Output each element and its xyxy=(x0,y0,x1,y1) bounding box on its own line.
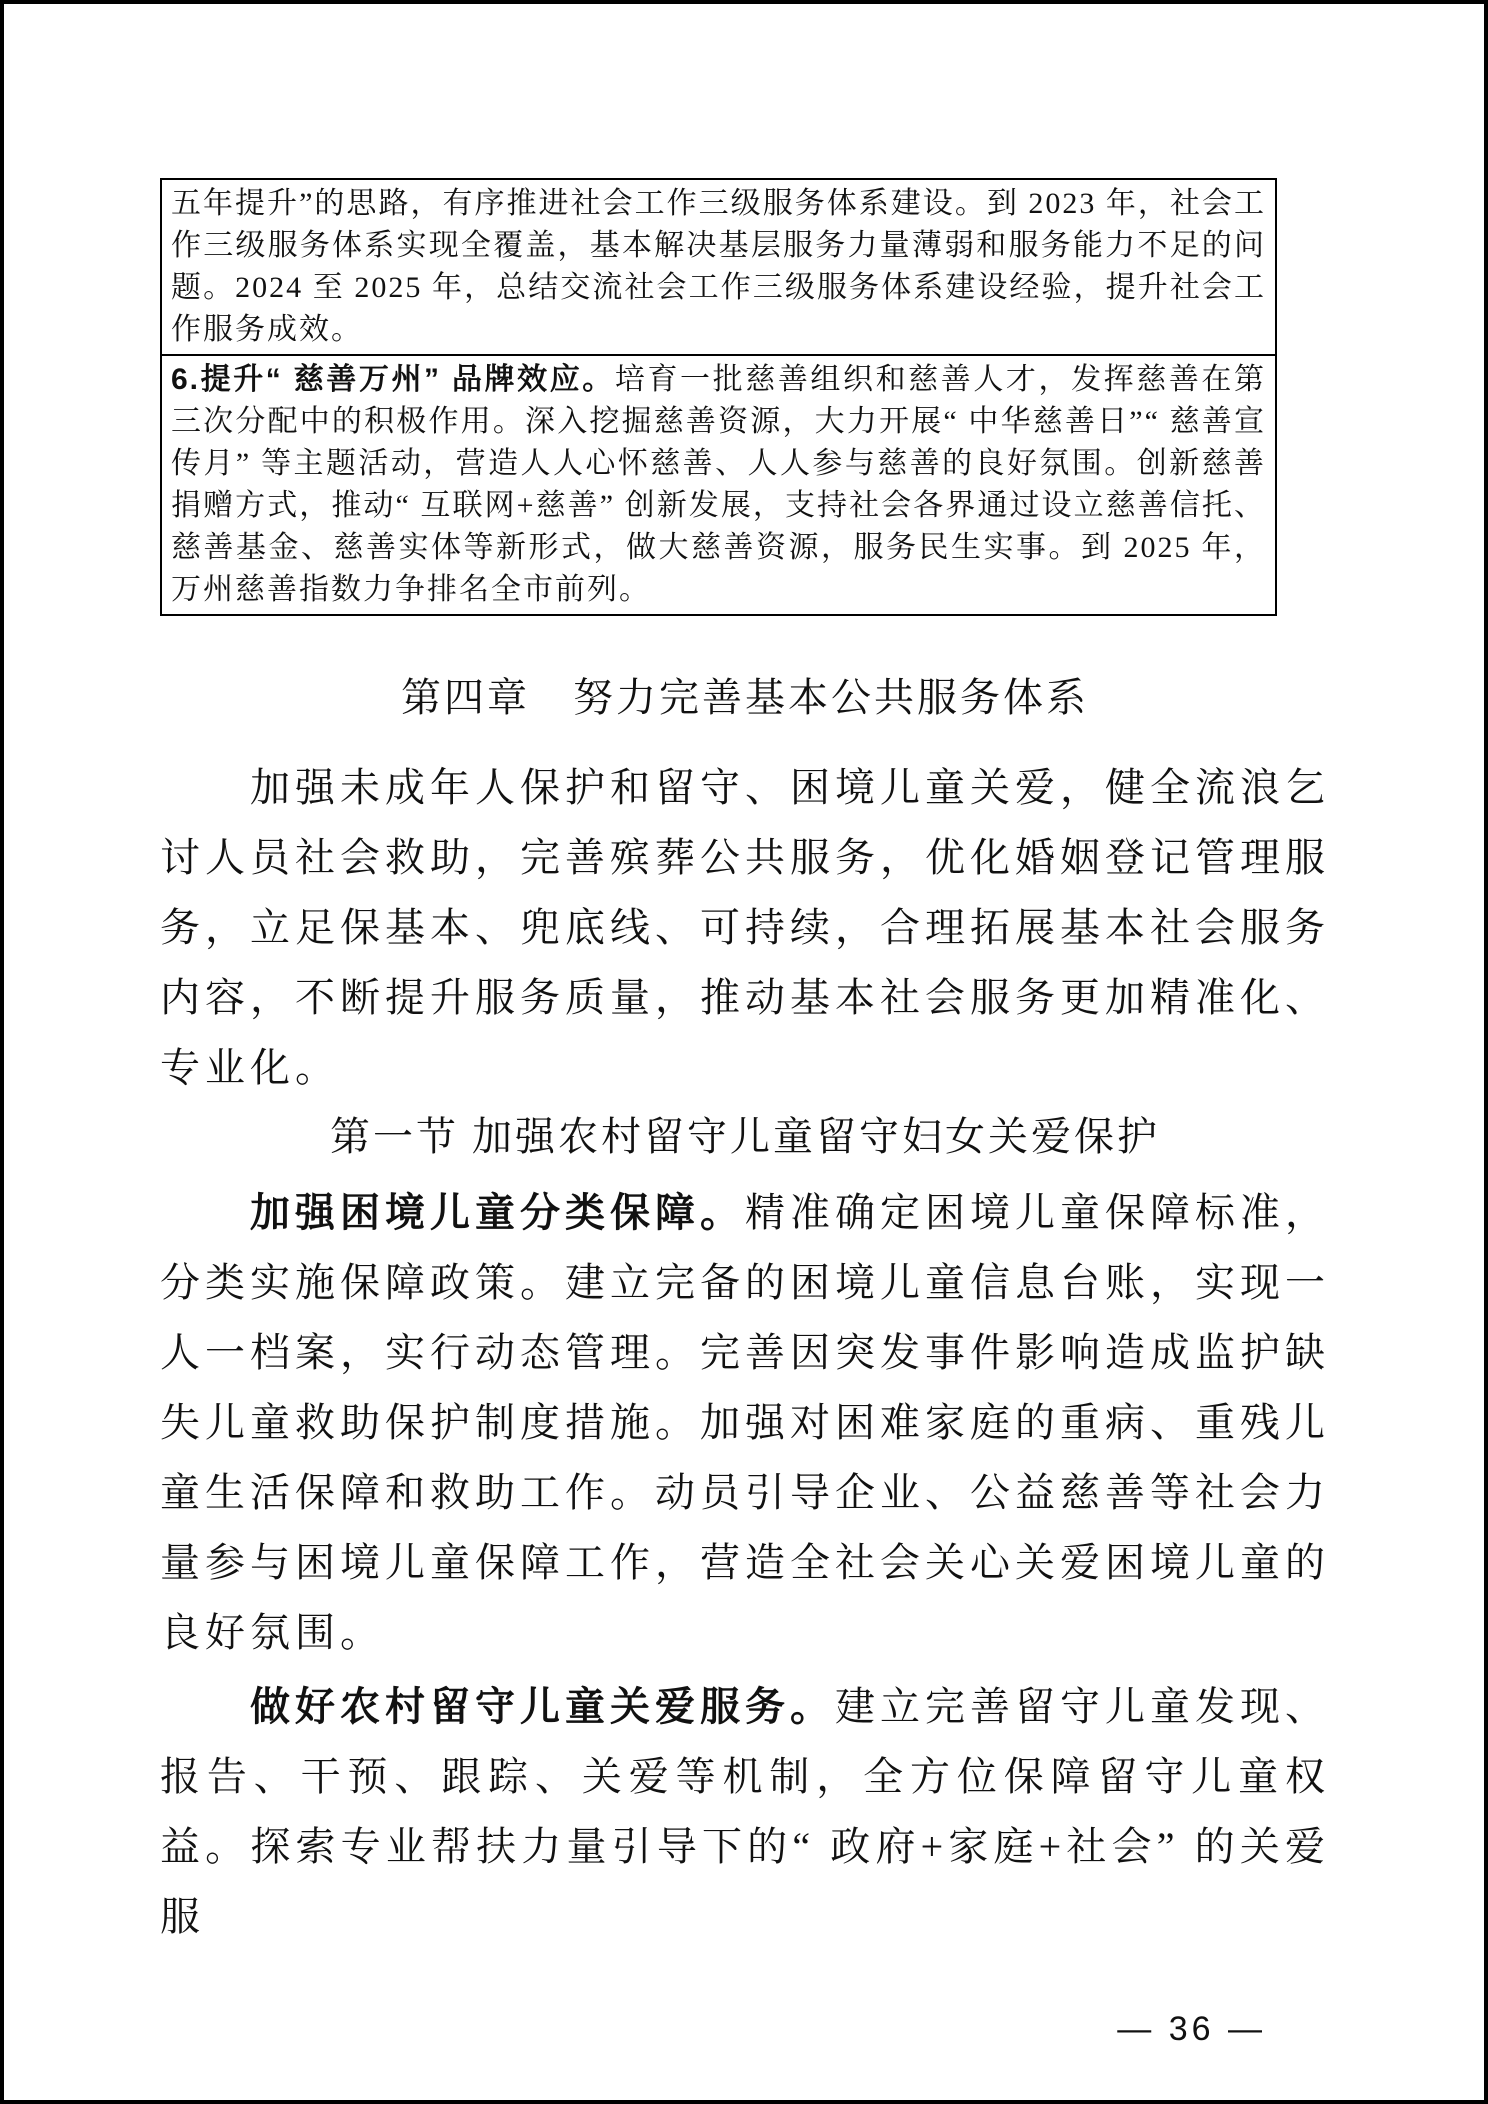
note-box-charity-brand-body: 培育一批慈善组织和慈善人才，发挥慈善在第三次分配中的积极作用。深入挖掘慈善资源，… xyxy=(171,363,1266,606)
paragraph-disadvantaged-children: 加强困境儿童分类保障。精准确定困境儿童保障标准，分类实施保障政策。建立完备的困境… xyxy=(160,1178,1330,1668)
note-box-charity-brand-lead: 6.提升“ 慈善万州” 品牌效应。 xyxy=(171,363,615,396)
section-heading: 第一节 加强农村留守儿童留守妇女关爱保护 xyxy=(160,1105,1330,1169)
note-box-social-work-text: 五年提升”的思路，有序推进社会工作三级服务体系建设。到 2023 年，社会工作三… xyxy=(171,183,1266,351)
chapter-heading: 第四章 努力完善基本公共服务体系 xyxy=(160,663,1330,733)
paragraph-disadvantaged-children-body: 精准确定困境儿童保障标准，分类实施保障政策。建立完备的困境儿童信息台账，实现一人… xyxy=(160,1190,1330,1655)
note-box-charity-brand: 6.提升“ 慈善万州” 品牌效应。培育一批慈善组织和慈善人才，发挥慈善在第三次分… xyxy=(160,356,1277,616)
paragraph-leftbehind-children: 做好农村留守儿童关爱服务。建立完善留守儿童发现、报告、干预、跟踪、关爱等机制，全… xyxy=(160,1672,1330,1952)
paragraph-disadvantaged-children-lead: 加强困境儿童分类保障。 xyxy=(250,1191,745,1235)
content-column: 五年提升”的思路，有序推进社会工作三级服务体系建设。到 2023 年，社会工作三… xyxy=(160,178,1330,2051)
note-table: 五年提升”的思路，有序推进社会工作三级服务体系建设。到 2023 年，社会工作三… xyxy=(160,178,1277,616)
note-box-social-work: 五年提升”的思路，有序推进社会工作三级服务体系建设。到 2023 年，社会工作三… xyxy=(160,178,1277,356)
page-number: — 36 — xyxy=(1117,2010,1266,2048)
note-box-charity-brand-text: 6.提升“ 慈善万州” 品牌效应。培育一批慈善组织和慈善人才，发挥慈善在第三次分… xyxy=(171,359,1266,611)
page-footer: — 36 — xyxy=(160,2007,1330,2051)
document-page: 五年提升”的思路，有序推进社会工作三级服务体系建设。到 2023 年，社会工作三… xyxy=(0,0,1488,2104)
paragraph-leftbehind-children-lead: 做好农村留守儿童关爱服务。 xyxy=(250,1685,835,1729)
intro-paragraph: 加强未成年人保护和留守、困境儿童关爱，健全流浪乞讨人员社会救助，完善殡葬公共服务… xyxy=(160,753,1330,1103)
